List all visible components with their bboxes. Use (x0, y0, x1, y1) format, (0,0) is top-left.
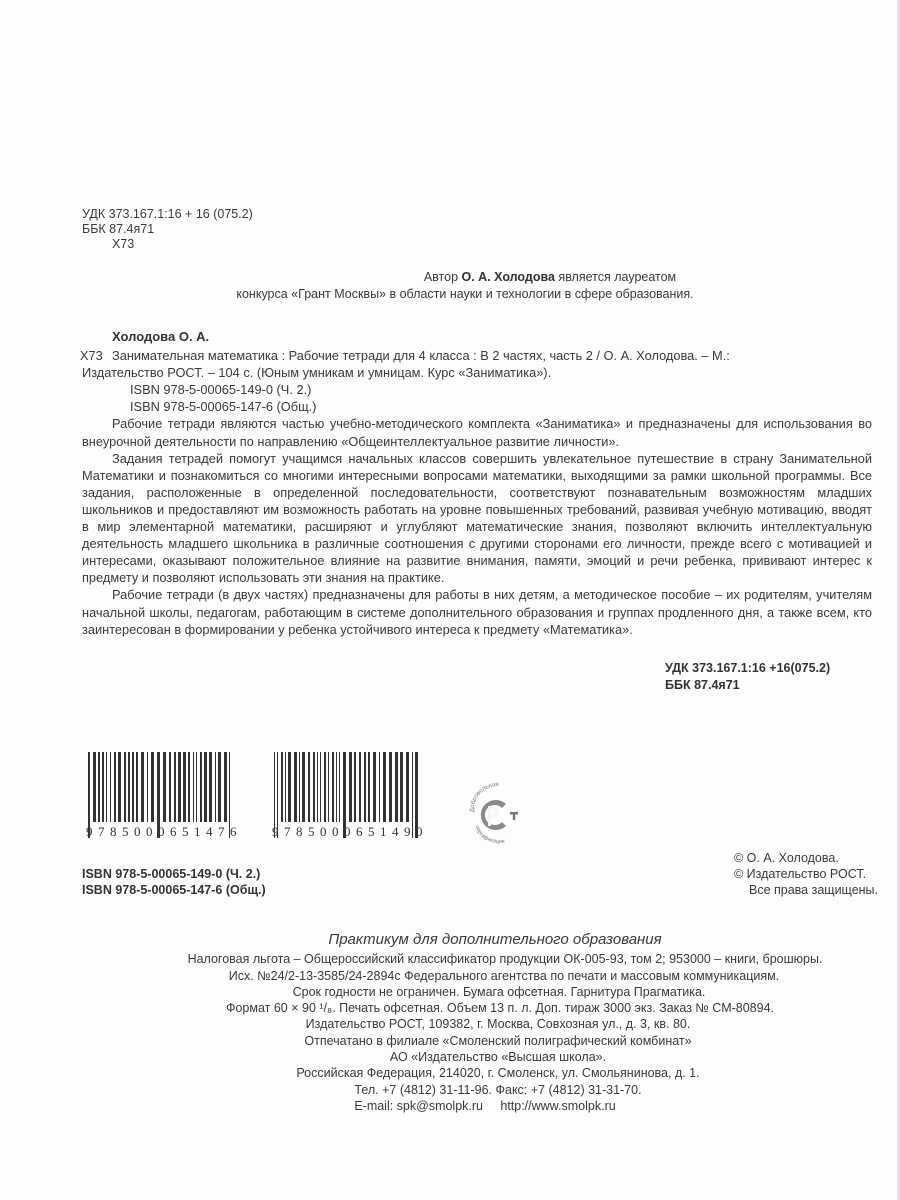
barcode-2: 9785000651490 (272, 752, 418, 842)
note-line-2: конкурса «Грант Москвы» в области науки … (0, 286, 900, 303)
author-award-note: Автор О. А. Холодова является лауреатом … (0, 269, 900, 303)
barcode-1: 9785000651476 (86, 752, 232, 842)
catalog-author: Холодова О. А. (82, 328, 872, 345)
annotation-paragraph: Рабочие тетради (в двух частях) предназн… (82, 586, 872, 637)
imprint-line: Издательство РОСТ, 109382, г. Москва, Со… (0, 1016, 900, 1032)
catalog-code: Х73 (80, 347, 103, 364)
note-text: Автор (424, 270, 462, 284)
catalog-isbn-1: ISBN 978-5-00065-149-0 (Ч. 2.) (82, 381, 872, 398)
classification-codes: УДК 373.167.1:16 + 16 (075.2) ББК 87.4я7… (82, 207, 253, 252)
imprint-block: Практикум для дополнительного образовани… (0, 932, 900, 1114)
isbn-block: ISBN 978-5-00065-149-0 (Ч. 2.) ISBN 978-… (82, 866, 266, 898)
udk-code: УДК 373.167.1:16 +16(075.2) (665, 660, 830, 677)
copyright-author: © О. А. Холодова. (734, 850, 878, 866)
annotation-paragraph: Рабочие тетради являются частью учебно-м… (82, 415, 872, 449)
annotation-paragraph: Задания тетрадей помогут учащимся началь… (82, 450, 872, 587)
rst-certification-icon: Добровольная сертификация (466, 782, 530, 844)
isbn-part: ISBN 978-5-00065-149-0 (Ч. 2.) (82, 866, 266, 882)
udk-code: УДК 373.167.1:16 + 16 (075.2) (82, 207, 253, 222)
catalog-isbn-2: ISBN 978-5-00065-147-6 (Общ.) (82, 398, 872, 415)
imprint-line: АО «Издательство «Высшая школа». (0, 1049, 900, 1065)
imprint-line: Тел. +7 (4812) 31-11-96. Факс: +7 (4812)… (0, 1082, 900, 1098)
catalog-card: Холодова О. А. Х73 Занимательная математ… (82, 328, 872, 638)
barcode-digits: 9785000651476 (86, 824, 242, 840)
rights-reserved: Все права защищены. (734, 882, 878, 898)
catalog-title-line2: Издательство РОСТ. – 104 с. (Юным умника… (82, 364, 872, 381)
imprint-line: Отпечатано в филиале «Смоленский полигра… (0, 1033, 900, 1049)
imprint-line: Срок годности не ограничен. Бумага офсет… (0, 984, 900, 1000)
imprint-line: Налоговая льгота – Общероссийский класси… (0, 951, 900, 967)
barcode-digits: 9785000651490 (272, 824, 428, 840)
author-name: О. А. Холодова (462, 270, 555, 284)
classification-codes-right: УДК 373.167.1:16 +16(075.2) ББК 87.4я71 (665, 660, 830, 694)
imprint-line: Формат 60 × 90 ¹/₈. Печать офсетная. Объ… (0, 1000, 900, 1016)
imprint-line: Исх. №24/2-13-3585/24-2894с Федерального… (0, 968, 900, 984)
imprint-line: Российская Федерация, 214020, г. Смоленс… (0, 1065, 900, 1081)
author-code: Х73 (82, 237, 253, 252)
copyright-publisher: © Издательство РОСТ. (734, 866, 878, 882)
series-title: Практикум для дополнительного образовани… (0, 932, 900, 948)
note-text: является лауреатом (555, 270, 676, 284)
bbk-code: ББК 87.4я71 (665, 677, 830, 694)
imprint-contacts: E-mail: spk@smolpk.ru http://www.smolpk.… (0, 1098, 900, 1114)
catalog-title-line1: Занимательная математика : Рабочие тетра… (82, 347, 872, 364)
copyright-block: © О. А. Холодова. © Издательство РОСТ. В… (734, 850, 878, 898)
isbn-total: ISBN 978-5-00065-147-6 (Общ.) (82, 882, 266, 898)
bbk-code: ББК 87.4я71 (82, 222, 253, 237)
